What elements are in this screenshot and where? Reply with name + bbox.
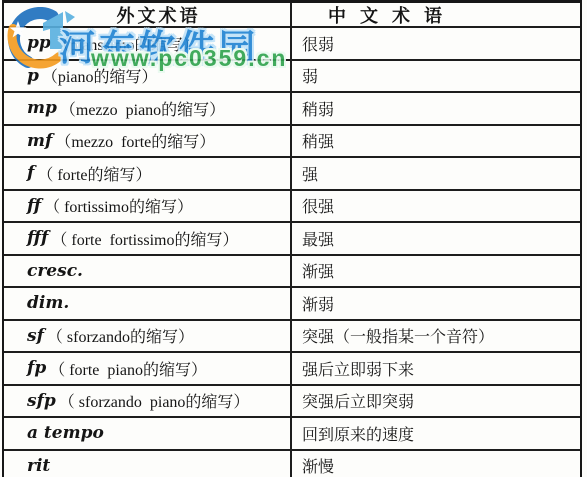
chinese-term-cell: 突强（一般指某一个音符） bbox=[292, 321, 580, 352]
foreign-term-cell: dim. bbox=[4, 288, 292, 319]
dynamic-symbol: sfp bbox=[27, 391, 56, 411]
chinese-term-cell: 渐慢 bbox=[292, 451, 580, 477]
foreign-term-cell: fp（ forte piano的缩写） bbox=[4, 353, 292, 384]
chinese-term-cell: 回到原来的速度 bbox=[292, 418, 580, 449]
foreign-term-cell: rit bbox=[4, 451, 292, 477]
chinese-term-cell: 渐强 bbox=[292, 256, 580, 287]
table-row: a tempo 回到原来的速度 bbox=[4, 418, 580, 451]
foreign-term-cell: mf（mezzo forte的缩写） bbox=[4, 126, 292, 157]
dynamic-symbol: pp bbox=[27, 33, 51, 53]
table-row: pp（pianssimo的缩写） 很弱 bbox=[4, 28, 580, 61]
chinese-term-cell: 很弱 bbox=[292, 28, 580, 59]
term-description: （pianssimo的缩写） bbox=[54, 32, 199, 55]
term-description: （ forte piano的缩写） bbox=[49, 357, 207, 380]
scanned-page: 外文术语 中文术语 pp（pianssimo的缩写） 很弱 p（piano的缩写… bbox=[0, 0, 587, 477]
foreign-term-cell: cresc. bbox=[4, 256, 292, 287]
table-row: dim. 渐弱 bbox=[4, 288, 580, 321]
foreign-term-cell: p（piano的缩写） bbox=[4, 61, 292, 92]
dynamic-symbol: mp bbox=[27, 98, 57, 118]
term-description: （piano的缩写） bbox=[42, 64, 158, 87]
table-row: mp（mezzo piano的缩写） 稍弱 bbox=[4, 93, 580, 126]
foreign-term-cell: sfp（ sforzando piano的缩写） bbox=[4, 386, 292, 417]
foreign-term-cell: pp（pianssimo的缩写） bbox=[4, 28, 292, 59]
term-description: （ forte的缩写） bbox=[37, 162, 151, 185]
term-description: （ forte fortissimo的缩写） bbox=[51, 227, 238, 250]
column-header-chinese: 中文术语 bbox=[292, 3, 580, 26]
table-row: fp（ forte piano的缩写） 强后立即弱下来 bbox=[4, 353, 580, 386]
term-description: （ sforzando的缩写） bbox=[47, 324, 194, 347]
term-description: （mezzo forte的缩写） bbox=[55, 129, 215, 152]
chinese-term-cell: 渐弱 bbox=[292, 288, 580, 319]
dynamic-symbol: p bbox=[27, 66, 39, 86]
chinese-term-cell: 弱 bbox=[292, 61, 580, 92]
table-row: f（ forte的缩写） 强 bbox=[4, 158, 580, 191]
chinese-term-cell: 稍弱 bbox=[292, 93, 580, 124]
chinese-term-cell: 稍强 bbox=[292, 126, 580, 157]
table-row: ff（ fortissimo的缩写） 很强 bbox=[4, 191, 580, 224]
dynamic-symbol: cresc. bbox=[27, 261, 83, 281]
table-row: p（piano的缩写） 弱 bbox=[4, 61, 580, 94]
table-row: cresc. 渐强 bbox=[4, 256, 580, 289]
dynamic-symbol: sf bbox=[27, 326, 44, 346]
dynamics-table: 外文术语 中文术语 pp（pianssimo的缩写） 很弱 p（piano的缩写… bbox=[2, 0, 582, 477]
term-description: （mezzo piano的缩写） bbox=[60, 97, 225, 120]
dynamic-symbol: dim. bbox=[27, 293, 69, 313]
term-description: （ sforzando piano的缩写） bbox=[59, 389, 250, 412]
table-row: sfp（ sforzando piano的缩写） 突强后立即突弱 bbox=[4, 386, 580, 419]
dynamic-symbol: mf bbox=[27, 131, 52, 151]
dynamic-symbol: ff bbox=[27, 196, 41, 216]
foreign-term-cell: ff（ fortissimo的缩写） bbox=[4, 191, 292, 222]
table-row: fff（ forte fortissimo的缩写） 最强 bbox=[4, 223, 580, 256]
dynamic-symbol: rit bbox=[27, 456, 50, 476]
foreign-term-cell: mp（mezzo piano的缩写） bbox=[4, 93, 292, 124]
foreign-term-cell: sf（ sforzando的缩写） bbox=[4, 321, 292, 352]
foreign-term-cell: f（ forte的缩写） bbox=[4, 158, 292, 189]
term-description: （ fortissimo的缩写） bbox=[44, 194, 193, 217]
table-header-row: 外文术语 中文术语 bbox=[4, 3, 580, 28]
dynamic-symbol: fff bbox=[27, 228, 48, 248]
table-row: sf（ sforzando的缩写） 突强（一般指某一个音符） bbox=[4, 321, 580, 354]
foreign-term-cell: fff（ forte fortissimo的缩写） bbox=[4, 223, 292, 254]
chinese-term-cell: 突强后立即突弱 bbox=[292, 386, 580, 417]
dynamic-symbol: fp bbox=[27, 358, 46, 378]
table-row: rit 渐慢 bbox=[4, 451, 580, 477]
table-row: mf（mezzo forte的缩写） 稍强 bbox=[4, 126, 580, 159]
chinese-term-cell: 很强 bbox=[292, 191, 580, 222]
dynamic-symbol: a tempo bbox=[27, 423, 104, 443]
chinese-term-cell: 强后立即弱下来 bbox=[292, 353, 580, 384]
column-header-foreign: 外文术语 bbox=[4, 3, 292, 26]
dynamic-symbol: f bbox=[27, 163, 34, 183]
chinese-term-cell: 最强 bbox=[292, 223, 580, 254]
table-body: pp（pianssimo的缩写） 很弱 p（piano的缩写） 弱 mp（mez… bbox=[4, 28, 580, 477]
foreign-term-cell: a tempo bbox=[4, 418, 292, 449]
chinese-term-cell: 强 bbox=[292, 158, 580, 189]
